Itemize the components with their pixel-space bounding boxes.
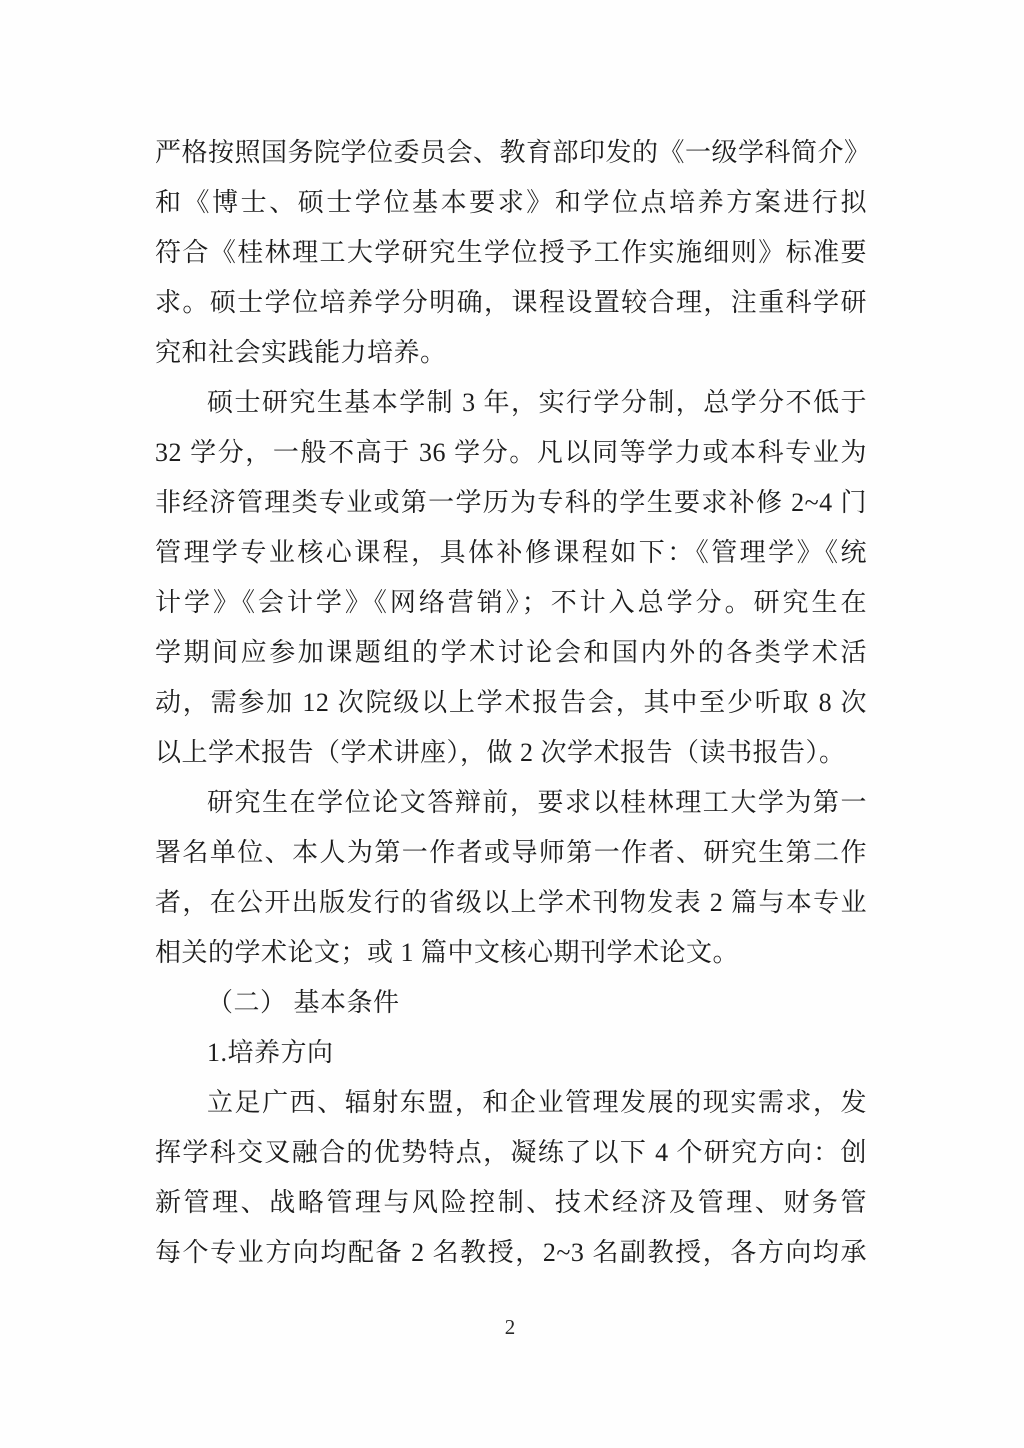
document-page: 严格按照国务院学位委员会、教育部印发的《一级学科简介》 和《博士、硕士学位基本要… — [0, 0, 1024, 1448]
text-block: 严格按照国务院学位委员会、教育部印发的《一级学科简介》 和《博士、硕士学位基本要… — [155, 128, 867, 1278]
text-line: 究和社会实践能力培养。 — [155, 328, 867, 378]
text-line: 32 学分，一般不高于 36 学分。凡以同等学力或本科专业为 — [155, 428, 867, 478]
text-line: 者，在公开出版发行的省级以上学术刊物发表 2 篇与本专业 — [155, 878, 867, 928]
text-line: 相关的学术论文；或 1 篇中文核心期刊学术论文。 — [155, 928, 867, 978]
subsection-heading: 1.培养方向 — [155, 1028, 867, 1078]
text-line: 研究生在学位论文答辩前，要求以桂林理工大学为第一 — [155, 778, 867, 828]
text-line: 以上学术报告（学术讲座），做 2 次学术报告（读书报告）。 — [155, 728, 867, 778]
text-line: 求。硕士学位培养学分明确，课程设置较合理，注重科学研 — [155, 278, 867, 328]
text-line: 和《博士、硕士学位基本要求》和学位点培养方案进行拟定， — [155, 178, 867, 228]
text-line: 符合《桂林理工大学研究生学位授予工作实施细则》标准要 — [155, 228, 867, 278]
text-line: 严格按照国务院学位委员会、教育部印发的《一级学科简介》 — [155, 128, 867, 178]
text-line: 非经济管理类专业或第一学历为专科的学生要求补修 2~4 门 — [155, 478, 867, 528]
text-line: 立足广西、辐射东盟，和企业管理发展的现实需求，发 — [155, 1078, 867, 1128]
page-number: 2 — [0, 1312, 1020, 1342]
section-heading: （二） 基本条件 — [155, 978, 867, 1028]
text-line: 管理学专业核心课程，具体补修课程如下：《管理学》《统 — [155, 528, 867, 578]
text-line: 新管理、战略管理与风险控制、技术经济及管理、财务管理。 — [155, 1178, 867, 1228]
text-line: 动，需参加 12 次院级以上学术报告会，其中至少听取 8 次 — [155, 678, 867, 728]
text-line: 学期间应参加课题组的学术讨论会和国内外的各类学术活 — [155, 628, 867, 678]
text-line: 挥学科交叉融合的优势特点，凝练了以下 4 个研究方向：创 — [155, 1128, 867, 1178]
text-line: 硕士研究生基本学制 3 年，实行学分制，总学分不低于 — [155, 378, 867, 428]
text-line: 计学》《会计学》《网络营销》；不计入总学分。研究生在 — [155, 578, 867, 628]
text-line: 每个专业方向均配备 2 名教授，2~3 名副教授，各方向均承 — [155, 1228, 867, 1278]
text-line: 署名单位、本人为第一作者或导师第一作者、研究生第二作 — [155, 828, 867, 878]
